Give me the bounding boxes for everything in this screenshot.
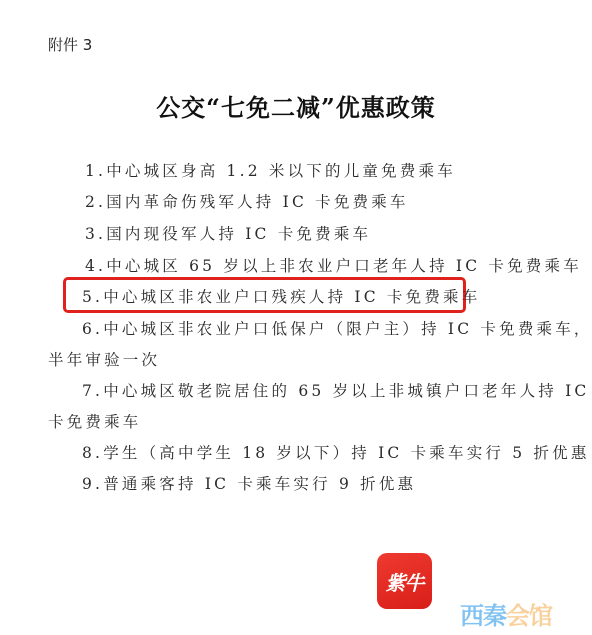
policy-item-6-continuation: 半年审验一次 (48, 348, 160, 370)
document-title: 公交“七免二减”优惠政策 (0, 88, 592, 123)
attachment-label: 附件 3 (48, 34, 92, 55)
policy-item-3: 3.国内现役军人持 IC 卡免费乘车 (85, 222, 371, 244)
policy-item-9: 9.普通乘客持 IC 卡乘车实行 9 折优惠 (82, 472, 416, 494)
policy-item-1: 1.中心城区身高 1.2 米以下的儿童免费乘车 (85, 159, 456, 181)
policy-item-7: 7.中心城区敬老院居住的 65 岁以上非城镇户口老年人持 IC (82, 379, 589, 401)
app-logo-text: 紫牛 (386, 567, 424, 596)
policy-item-6: 6.中心城区非农业户口低保户（限户主）持 IC 卡免费乘车， (82, 317, 592, 339)
app-logo: 紫牛 (377, 553, 432, 609)
watermark-part2: 会馆 (506, 602, 552, 630)
watermark: 西秦会馆 (460, 596, 552, 631)
policy-item-4: 4.中心城区 65 岁以上非农业户口老年人持 IC 卡免费乘车 (85, 254, 582, 276)
policy-item-2: 2.国内革命伤残军人持 IC 卡免费乘车 (85, 190, 409, 212)
policy-item-5: 5.中心城区非农业户口残疾人持 IC 卡免费乘车 (82, 285, 480, 307)
policy-item-7-continuation: 卡免费乘车 (48, 410, 142, 432)
watermark-part1: 西秦 (460, 602, 506, 630)
policy-item-8: 8.学生（高中学生 18 岁以下）持 IC 卡乘车实行 5 折优惠 (82, 441, 590, 463)
